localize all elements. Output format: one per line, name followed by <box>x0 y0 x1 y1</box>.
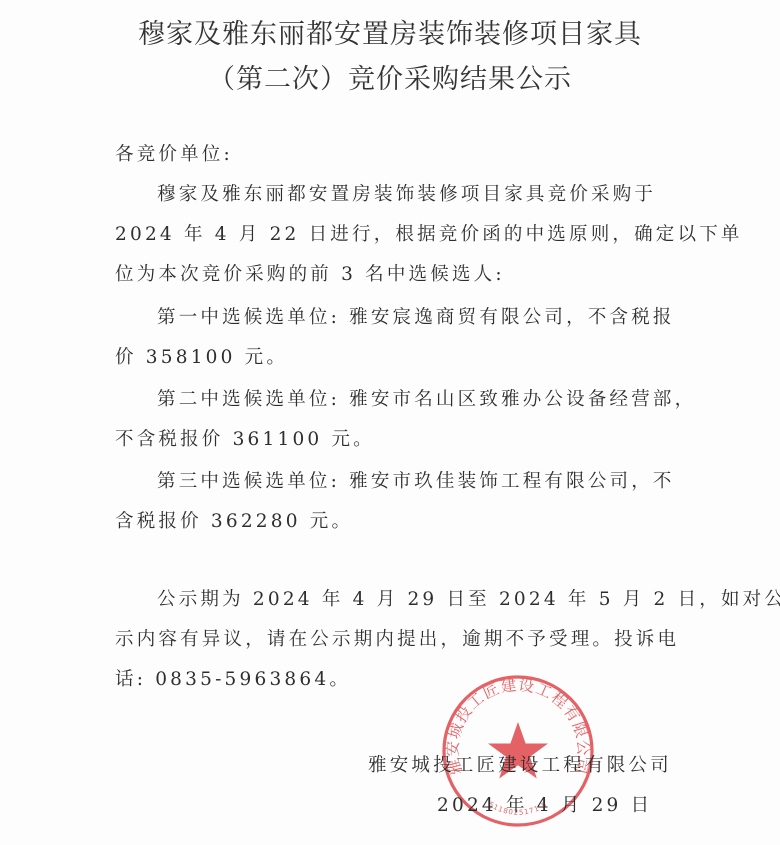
candidate-2-line1: 第二中选候选单位: 雅安市名山区致雅办公设备经营部， <box>157 388 717 412</box>
document-title-line2: （第二次）竞价采购结果公示 <box>0 57 780 96</box>
candidate-3-line2: 含税报价 362280 元。 <box>115 510 675 534</box>
document-page: 穆家及雅东丽都安置房装饰装修项目家具 （第二次）竞价采购结果公示 各竞价单位: … <box>0 0 780 845</box>
document-title-line1: 穆家及雅东丽都安置房装饰装修项目家具 <box>0 12 780 51</box>
paragraph1-line2: 2024 年 4 月 22 日进行，根据竞价函的中选原则，确定以下单 <box>115 223 675 247</box>
signature-company: 雅安城投工匠建设工程有限公司 <box>368 754 672 778</box>
candidate-2-line2: 不含税报价 361100 元。 <box>115 428 675 452</box>
salutation: 各竞价单位: <box>115 143 675 167</box>
paragraph1-line3: 位为本次竞价采购的前 3 名中选候选人: <box>115 263 675 287</box>
candidate-1-line2: 价 358100 元。 <box>115 346 675 370</box>
paragraph1-line1: 穆家及雅东丽都安置房装饰装修项目家具竞价采购于 <box>157 183 717 207</box>
candidate-3-line1: 第三中选候选单位: 雅安市玖佳装饰工程有限公司，不 <box>157 470 717 494</box>
candidate-1-line1: 第一中选候选单位: 雅安宸逸商贸有限公司，不含税报 <box>157 306 717 330</box>
notice-line3: 话: 0835-5963864。 <box>115 668 675 692</box>
notice-line2: 示内容有异议，请在公示期内提出，逾期不予受理。投诉电 <box>115 628 675 652</box>
signature-date: 2024 年 4 月 29 日 <box>437 794 652 818</box>
notice-line1: 公示期为 2024 年 4 月 29 日至 2024 年 5 月 2 日，如对公 <box>157 588 717 612</box>
